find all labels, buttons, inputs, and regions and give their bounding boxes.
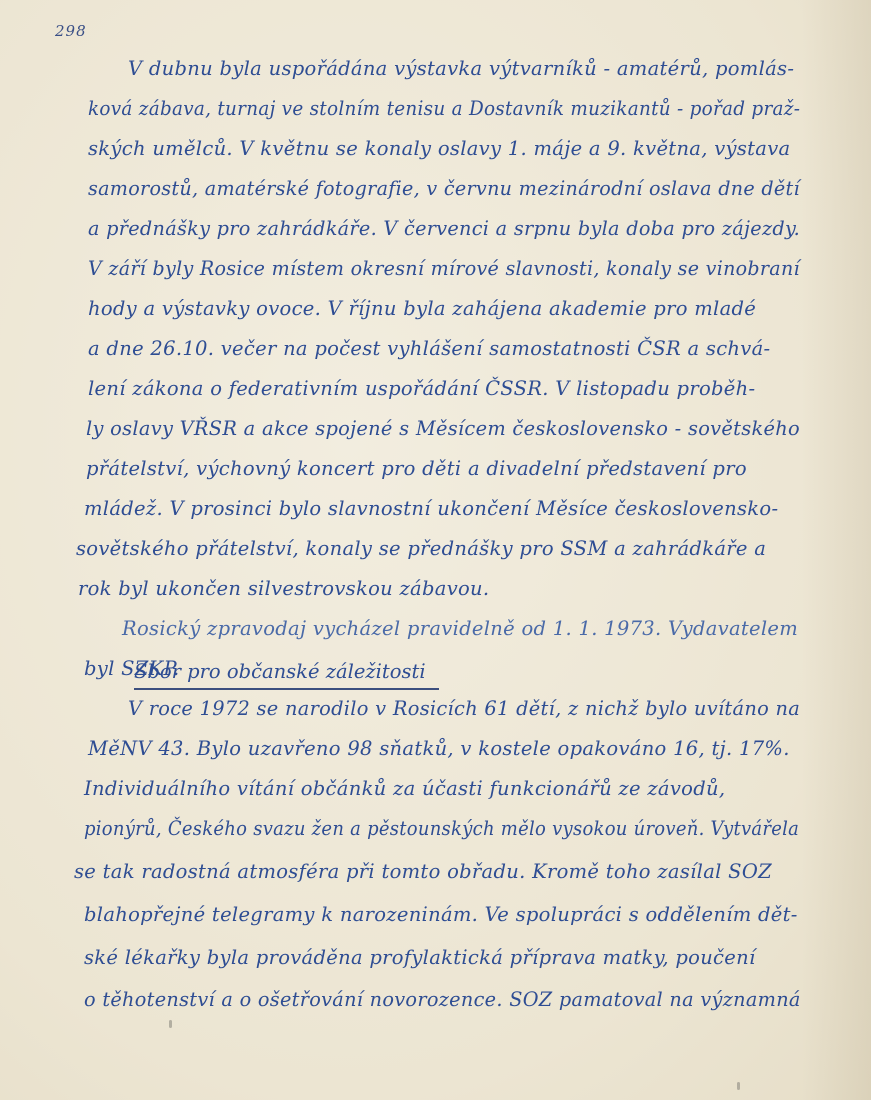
text-line: V dubnu byla uspořádána výstavka výtvarn… <box>128 57 794 80</box>
text-line: pionýrů, Českého svazu žen a pěstounskýc… <box>84 817 799 840</box>
text-line: ské lékařky byla prováděna profylaktická… <box>84 946 756 969</box>
paper-smudge <box>737 1082 740 1090</box>
text-line: a přednášky pro zahrádkáře. V červenci a… <box>88 217 800 240</box>
text-line: samorostů, amatérské fotografie, v červn… <box>88 177 800 200</box>
handwritten-chronicle-page: 298 V dubnu byla uspořádána výstavka výt… <box>0 0 871 1100</box>
text-line: ských umělců. V květnu se konaly oslavy … <box>88 137 790 160</box>
text-line: sovětského přátelství, konaly se přednáš… <box>76 537 766 560</box>
section-heading: Sbor pro občanské záležitosti <box>134 660 426 683</box>
text-line: MěNV 43. Bylo uzavřeno 98 sňatků, v kost… <box>88 737 790 760</box>
text-line: ly oslavy VŘSR a akce spojené s Měsícem … <box>86 417 800 440</box>
paper-smudge <box>169 1020 172 1028</box>
text-line: mládež. V prosinci bylo slavnostní ukonč… <box>84 497 778 520</box>
text-line: lení zákona o federativním uspořádání ČS… <box>88 377 755 400</box>
text-line: V roce 1972 se narodilo v Rosicích 61 dě… <box>128 697 800 720</box>
text-line: ková zábava, turnaj ve stolním tenisu a … <box>88 97 800 120</box>
text-line: se tak radostná atmosféra při tomto obřa… <box>74 860 772 883</box>
text-line: blahopřejné telegramy k narozeninám. Ve … <box>84 903 798 926</box>
page-number: 298 <box>55 22 87 40</box>
text-line: o těhotenství a o ošetřování novorozence… <box>84 988 801 1011</box>
heading-underline <box>134 688 439 690</box>
text-line: přátelství, výchovný koncert pro děti a … <box>86 457 747 480</box>
text-line: a dne 26.10. večer na počest vyhlášení s… <box>88 337 770 360</box>
text-line: rok byl ukončen silvestrovskou zábavou. <box>78 577 489 600</box>
text-line: Individuálního vítání občánků za účasti … <box>84 777 725 800</box>
text-line: Rosický zpravodaj vycházel pravidelně od… <box>122 617 798 640</box>
text-line: hody a výstavky ovoce. V říjnu byla zahá… <box>88 297 756 320</box>
text-line: V září byly Rosice místem okresní mírové… <box>88 257 800 280</box>
